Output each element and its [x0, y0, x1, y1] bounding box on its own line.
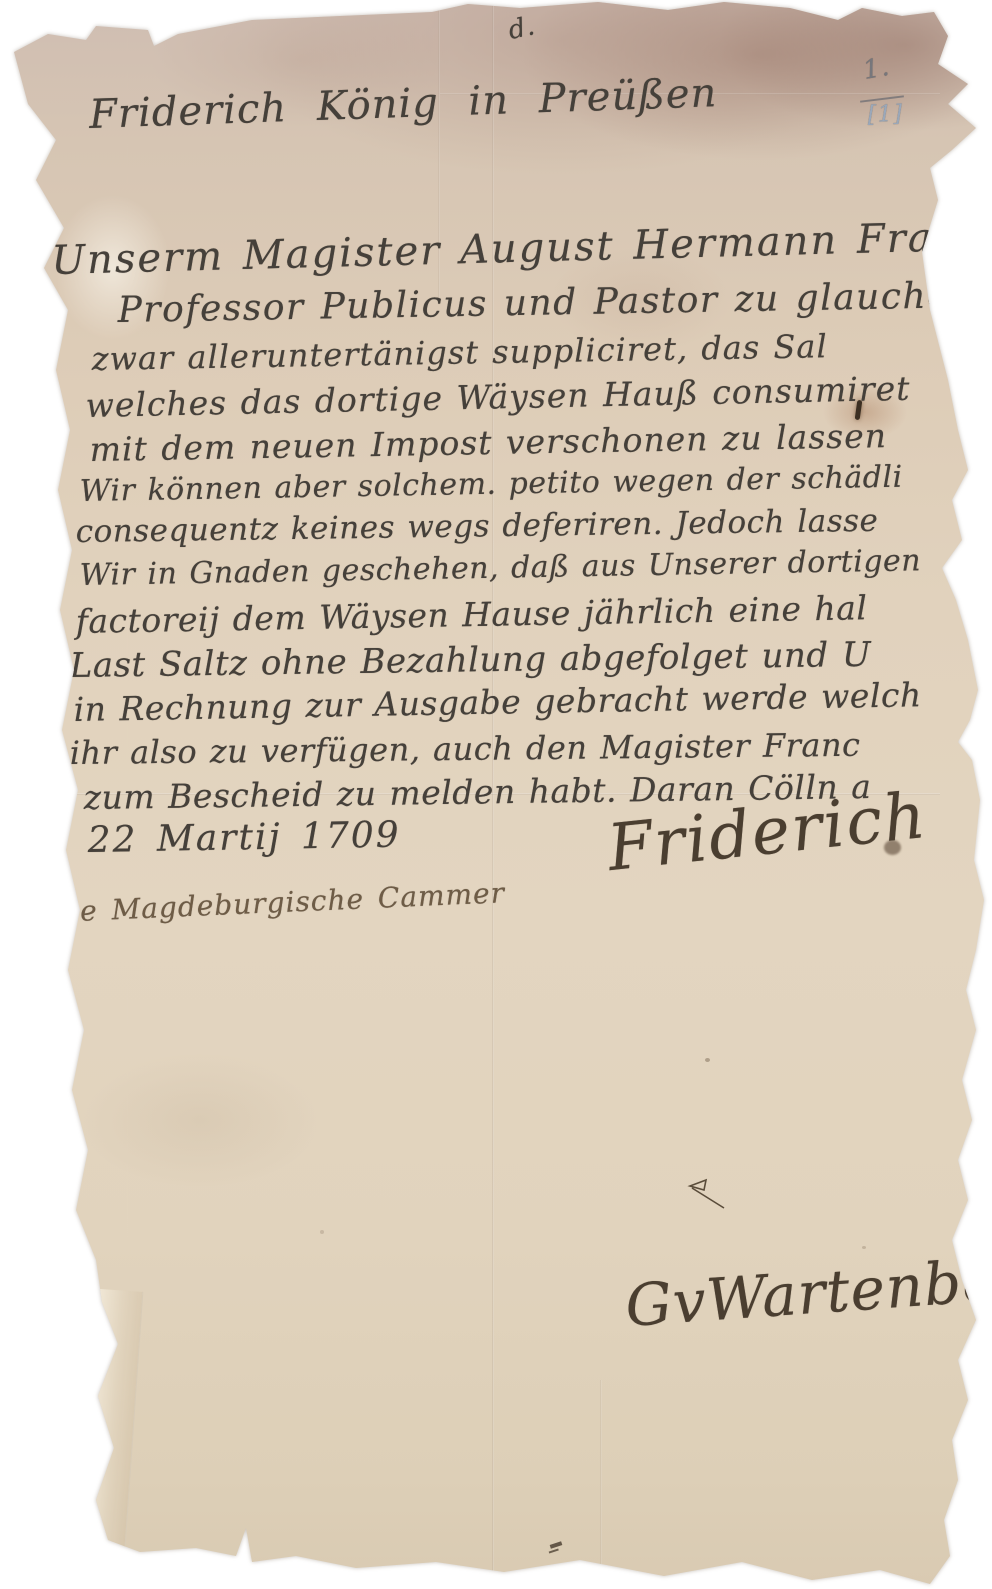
body-line-6: Wir können aber solchem. petito wegen de…: [79, 460, 903, 509]
manuscript-scan: d.1.[1]Friderich König in PreüßenUnserm …: [0, 0, 992, 1589]
paper-speck: [320, 1230, 324, 1234]
body-line-4: welches das dortige Wäysen Hauß consumir…: [85, 369, 911, 425]
paper-speck: [862, 1246, 866, 1249]
body-line-7: consequentz keines wegs deferiren. Jedoc…: [75, 503, 878, 550]
paper-speck: [705, 1058, 710, 1062]
body-line-3: zwar alleruntertänigst suppliciret, das …: [91, 327, 828, 378]
body-line-8: Wir in Gnaden geschehen, daß aus Unserer…: [79, 543, 921, 593]
top-mark: d.: [506, 11, 539, 46]
manuscript-paper: d.1.[1]Friderich König in PreüßenUnserm …: [0, 0, 992, 1589]
paper-shadow: d.1.[1]Friderich König in PreüßenUnserm …: [0, 0, 992, 1589]
body-line-2: Professor Publicus und Pastor zu glauche…: [117, 275, 963, 331]
address-note: die Magdeburgische Cammer: [51, 876, 506, 929]
body-line-12: ihr also zu verfügen, auch den Magister …: [70, 726, 861, 772]
flag-mark-icon: [686, 1176, 732, 1212]
body-line-1: Unserm Magister August Hermann Franck: [51, 213, 992, 284]
ink-speck: [550, 1541, 563, 1549]
fold-crease-vertical-lower: [600, 1380, 602, 1589]
heading-line: Friderich König in Preüßen: [88, 70, 718, 138]
body-line-9: factoreij dem Wäysen Hause jährlich eine…: [75, 588, 867, 641]
folio-number: 1.: [861, 52, 893, 86]
dateline: 22 Martij 1709: [87, 815, 401, 861]
torn-flap-bottom-left: [77, 1289, 144, 1562]
countersignature: GvWartenberg: [623, 1242, 992, 1340]
folio-bracket: [1]: [867, 101, 903, 128]
